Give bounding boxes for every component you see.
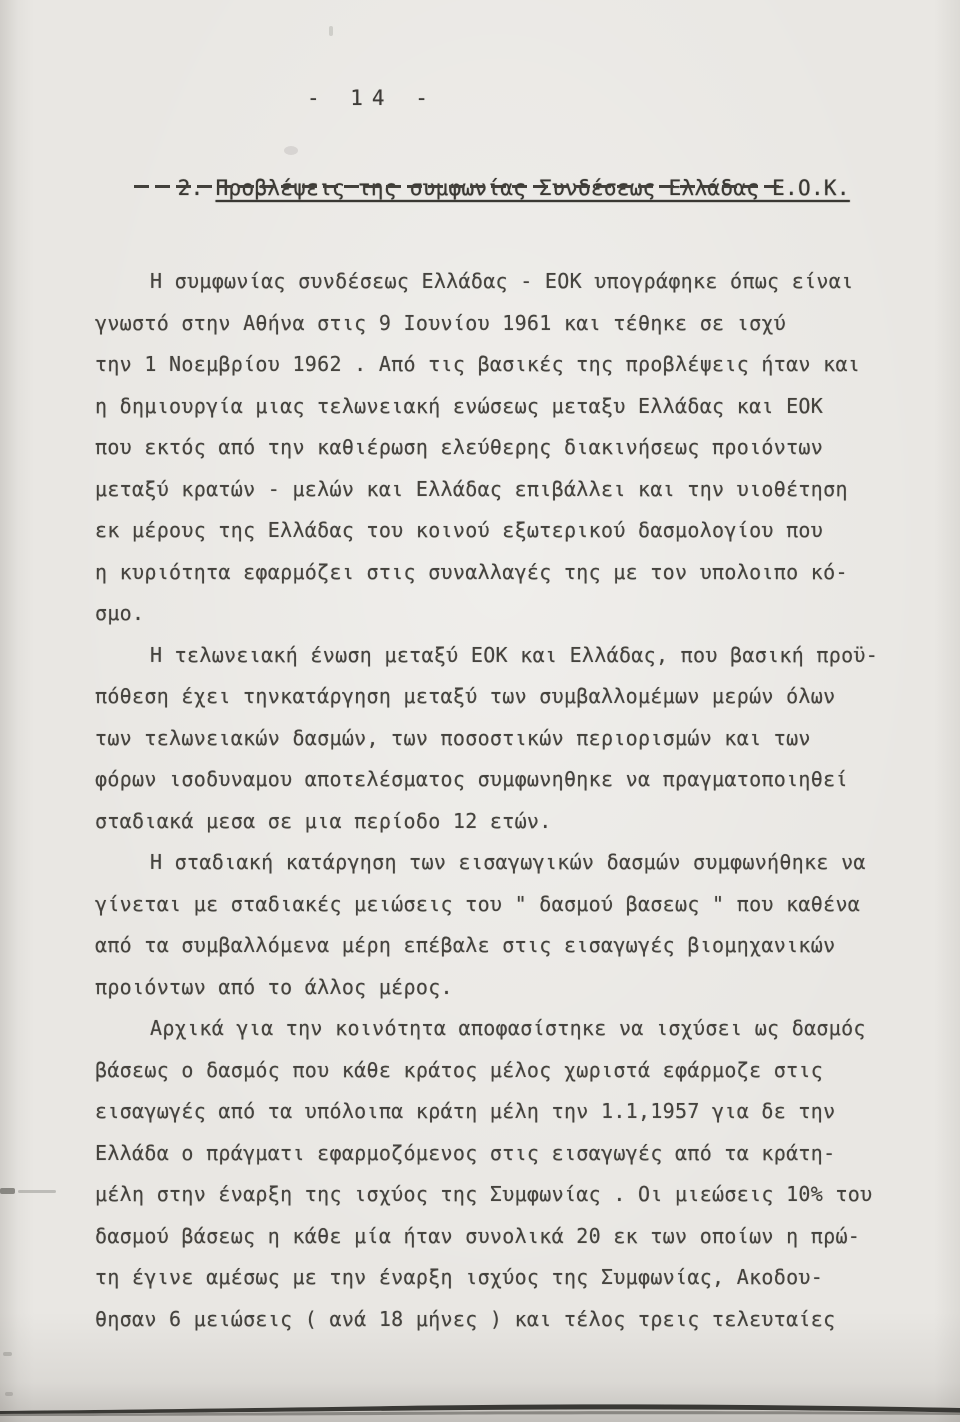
text-line: Η τελωνειακή ένωση μεταξύ ΕΟΚ και Ελλάδα… [95, 643, 885, 685]
text-line: τη έγινε αμέσως με την έναρξη ισχύος της… [95, 1265, 885, 1307]
scan-smudge [329, 26, 333, 36]
text-line: βάσεως ο δασμός που κάθε κράτος μέλος χω… [95, 1058, 885, 1100]
text-line: που εκτός από την καθιέρωση ελεύθερης δι… [95, 435, 885, 477]
heading-number: 2. [178, 176, 204, 200]
paragraph: Η σταδιακή κατάργηση των εισαγωγικών δασ… [95, 850, 885, 1016]
scan-smudge [3, 1352, 12, 1356]
text-line: πόθεση έχει τηνκατάργηση μεταξύ των συμβ… [95, 684, 885, 726]
body-text: Η συμφωνίας συνδέσεως Ελλάδας - ΕΟΚ υπογ… [95, 269, 885, 1348]
text-line: Ελλάδα ο πράγματι εφαρμοζόμενος στις εισ… [95, 1141, 885, 1183]
paragraph: Η συμφωνίας συνδέσεως Ελλάδας - ΕΟΚ υπογ… [95, 269, 885, 643]
text-line: σμο. [95, 601, 885, 643]
text-line: φόρων ισοδυναμου αποτελέσματος συμφωνηθη… [95, 767, 885, 809]
paragraph: Αρχικά για την κοινότητα αποφασίστηκε να… [95, 1016, 885, 1348]
heading-title: Προβλέψεις της συμφωνίας Συνδέσεως Ελλάδ… [216, 176, 850, 200]
heading-dashed-underline [134, 185, 782, 188]
scan-smudge [0, 1188, 15, 1194]
text-line: προιόντων από το άλλος μέρος. [95, 975, 885, 1017]
text-line: γίνεται με σταδιακές μειώσεις του " δασμ… [95, 892, 885, 934]
page-content: - 14 - 2.Προβλέψεις της συμφωνίας Συνδέσ… [95, 0, 885, 1348]
text-line: από τα συμβαλλόμενα μέρη επέβαλε στις ει… [95, 933, 885, 975]
text-line: μέλη στην έναρξη της ισχύος της Συμφωνία… [95, 1182, 885, 1224]
text-line: την 1 Νοεμβρίου 1962 . Από τις βασικές τ… [95, 352, 885, 394]
text-line: η δημιουργία μιας τελωνειακή ενώσεως μετ… [95, 394, 885, 436]
text-line: Η σταδιακή κατάργηση των εισαγωγικών δασ… [95, 850, 885, 892]
text-line: εισαγωγές από τα υπόλοιπα κράτη μέλη την… [95, 1099, 885, 1141]
scan-smudge [5, 1392, 13, 1396]
text-line: η κυριότητα εφαρμόζει στις συναλλαγές τη… [95, 560, 885, 602]
text-line: σταδιακά μεσα σε μια περίοδο 12 ετών. [95, 809, 885, 851]
scan-smudge [18, 1190, 56, 1193]
paragraph: Η τελωνειακή ένωση μεταξύ ΕΟΚ και Ελλάδα… [95, 643, 885, 851]
text-line: μεταξύ κρατών - μελών και Ελλάδας επιβάλ… [95, 477, 885, 519]
text-line: εκ μέρους της Ελλάδας του κοινού εξωτερι… [95, 518, 885, 560]
text-line: Η συμφωνίας συνδέσεως Ελλάδας - ΕΟΚ υπογ… [95, 269, 885, 311]
text-line: Αρχικά για την κοινότητα αποφασίστηκε να… [95, 1016, 885, 1058]
text-line: των τελωνειακών δασμών, των ποσοστικών π… [95, 726, 885, 768]
text-line: θησαν 6 μειώσεις ( ανά 18 μήνες ) και τέ… [95, 1307, 885, 1349]
text-line: γνωστό στην Αθήνα στις 9 Ιουνίου 1961 κα… [95, 311, 885, 353]
scanned-document-page: - 14 - 2.Προβλέψεις της συμφωνίας Συνδέσ… [0, 0, 960, 1422]
scan-smudge [284, 146, 298, 155]
page-bottom-scan-edge [0, 1398, 960, 1422]
section-heading: 2.Προβλέψεις της συμφωνίας Συνδέσεως Ελλ… [100, 152, 885, 248]
page-number: - 14 - [307, 86, 885, 110]
text-line: δασμού βάσεως η κάθε μία ήταν συνολικά 2… [95, 1224, 885, 1266]
